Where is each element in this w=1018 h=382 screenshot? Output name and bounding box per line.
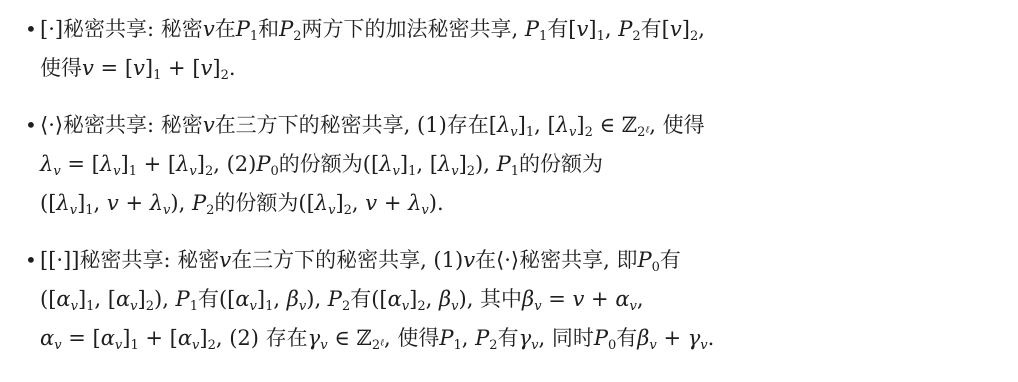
bullet-icon: • <box>25 10 37 49</box>
text-line: ⟨·⟩秘密共享: 秘密v在三方下的秘密共享, (1)存在[λv]1, [λv]2… <box>40 106 998 145</box>
text-line: ([λv]1, v + λv), P2的份额为([λv]2, v + λv). <box>40 184 998 223</box>
text-line: [·]秘密共享: 秘密v在P1和P2两方下的加法秘密共享, P1有[v]1, P… <box>40 10 998 49</box>
text-line: λv = [λv]1 + [λv]2, (2)P0的份额为([λv]1, [λv… <box>40 145 998 184</box>
list-item-angle-secret-sharing: • ⟨·⟩秘密共享: 秘密v在三方下的秘密共享, (1)存在[λv]1, [λv… <box>0 106 998 223</box>
text-line: ([αv]1, [αv]2), P1有([αv]1, βv), P2有([αv]… <box>40 280 998 319</box>
bullet-icon: • <box>25 106 37 145</box>
bullet-icon: • <box>25 241 37 280</box>
text-line: αv = [αv]1 + [αv]2, (2) 存在γv ∈ ℤ2ℓ, 使得P1… <box>40 319 998 358</box>
text-line: 使得v = [v]1 + [v]2. <box>40 49 998 88</box>
document-page: • [·]秘密共享: 秘密v在P1和P2两方下的加法秘密共享, P1有[v]1,… <box>0 0 1018 382</box>
list-item-bracket-secret-sharing: • [·]秘密共享: 秘密v在P1和P2两方下的加法秘密共享, P1有[v]1,… <box>0 10 998 88</box>
list-item-double-bracket-secret-sharing: • [[·]]秘密共享: 秘密v在三方下的秘密共享, (1)v在⟨·⟩秘密共享,… <box>0 241 998 358</box>
text-line: [[·]]秘密共享: 秘密v在三方下的秘密共享, (1)v在⟨·⟩秘密共享, 即… <box>40 241 998 280</box>
bullet-list: • [·]秘密共享: 秘密v在P1和P2两方下的加法秘密共享, P1有[v]1,… <box>0 10 998 358</box>
